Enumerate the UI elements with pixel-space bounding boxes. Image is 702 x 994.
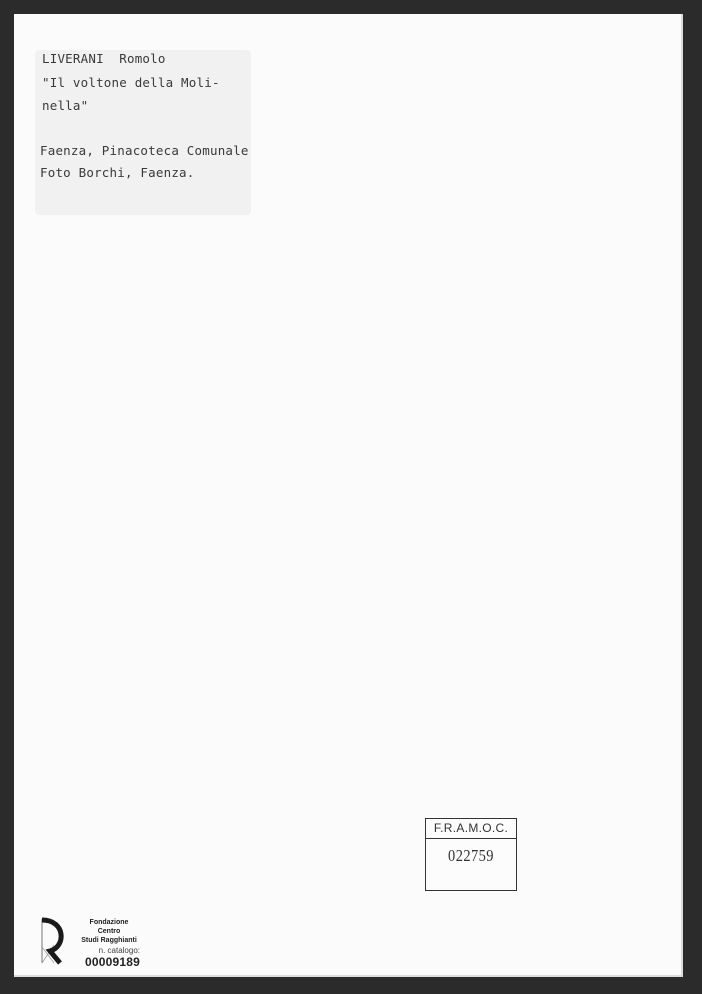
- stamp-header: F.R.A.M.O.C.: [426, 819, 516, 839]
- artwork-location: Faenza, Pinacoteca Comunale: [40, 143, 249, 158]
- artwork-title-line1: "Il voltone della Moli-: [42, 75, 220, 90]
- photo-credit: Foto Borchi, Faenza.: [40, 165, 195, 180]
- catalog-number: 00009189: [78, 956, 140, 969]
- stamp-number: 022759: [433, 846, 510, 866]
- R-logo-icon: [40, 917, 66, 965]
- foundation-credit: Fondazione Centro Studi Ragghianti n. ca…: [78, 918, 140, 969]
- institution-line2: Studi Ragghianti: [78, 936, 140, 945]
- framoc-stamp: F.R.A.M.O.C. 022759: [425, 818, 517, 891]
- photo-back-paper: LIVERANI Romolo "Il voltone della Moli- …: [14, 14, 683, 977]
- institution-line1: Fondazione Centro: [78, 918, 140, 936]
- artwork-title-line2: nella": [42, 98, 88, 113]
- artist-name: LIVERANI Romolo: [42, 51, 166, 66]
